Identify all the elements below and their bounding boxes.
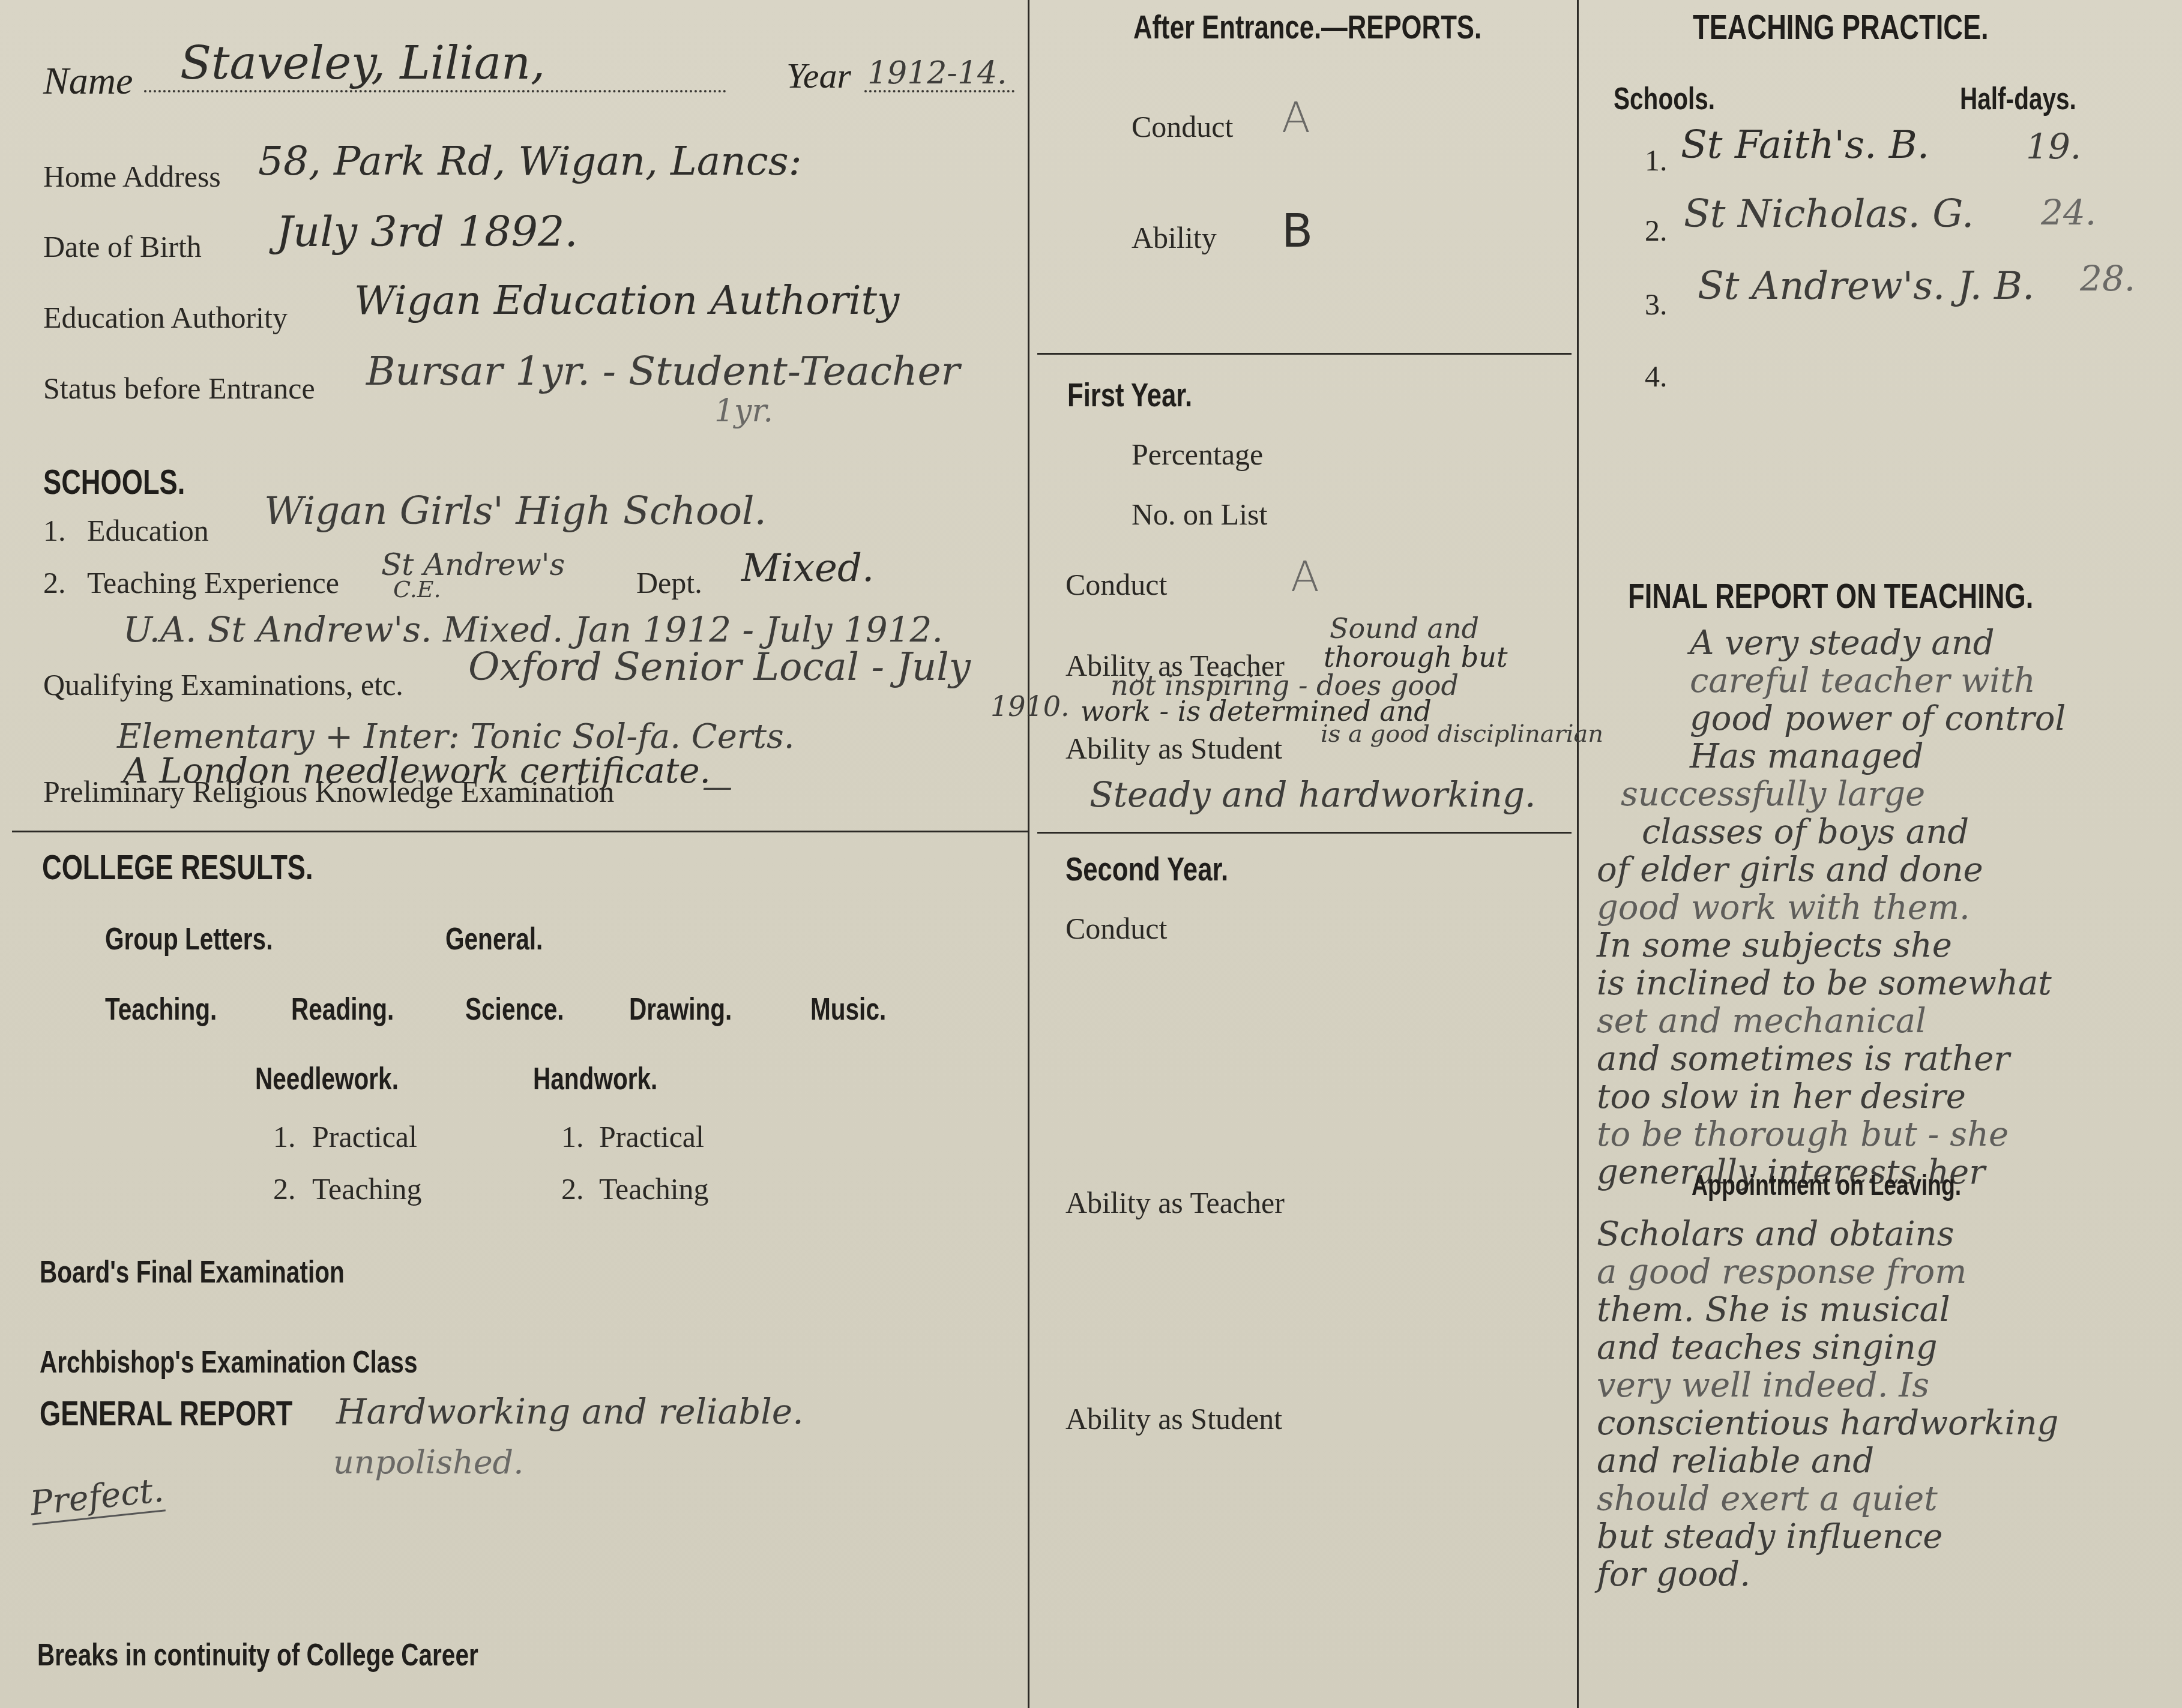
practice-row-num: 1. bbox=[1645, 143, 1668, 178]
practice-row-num: 2. bbox=[1645, 213, 1668, 248]
fy-conduct-label: Conduct bbox=[1065, 567, 1167, 602]
final-report-text: A very steady andcareful teacher withgoo… bbox=[1597, 624, 2173, 1593]
name-value: Staveley, Lilian, bbox=[180, 36, 545, 89]
fy-teacher-value-1: Sound and bbox=[1330, 612, 1479, 645]
needlework-practical: Practical bbox=[312, 1119, 417, 1154]
final-report-line: but steady influence bbox=[1597, 1518, 2173, 1556]
final-report-line: is inclined to be somewhat bbox=[1597, 964, 2173, 1002]
dept-value: Mixed. bbox=[741, 546, 874, 591]
final-report-line: for good. bbox=[1597, 1556, 2173, 1593]
subject-music: Music. bbox=[810, 991, 886, 1027]
student-record-card: Name Staveley, Lilian, Year 1912-14. Hom… bbox=[0, 0, 2182, 1708]
qualifying-label: Qualifying Examinations, etc. bbox=[43, 667, 403, 702]
no-on-list-label: No. on List bbox=[1132, 497, 1267, 532]
status-value: Bursar 1yr. - Student-Teacher bbox=[366, 348, 960, 394]
final-report-heading: FINAL REPORT ON TEACHING. bbox=[1628, 576, 2033, 616]
teaching-experience-sub: C.E. bbox=[393, 576, 441, 603]
halfdays-column-header: Half-days. bbox=[1960, 81, 2076, 117]
general-report-label: GENERAL REPORT bbox=[40, 1394, 292, 1434]
final-report-line: and teaches singing bbox=[1597, 1329, 2173, 1367]
final-report-line: set and mechanical bbox=[1597, 1002, 2173, 1040]
first-year-heading: First Year. bbox=[1067, 375, 1192, 414]
sy-conduct-label: Conduct bbox=[1065, 911, 1167, 946]
sy-teacher-label: Ability as Teacher bbox=[1065, 1185, 1285, 1220]
prefect-note: Prefect. bbox=[28, 1471, 166, 1526]
ua-line: U.A. St Andrew's. Mixed. Jan 1912 - July… bbox=[123, 609, 943, 650]
conduct-label: Conduct bbox=[1132, 109, 1233, 144]
subject-teaching: Teaching. bbox=[105, 991, 217, 1027]
boards-final-label: Board's Final Examination bbox=[40, 1254, 345, 1290]
practice-row-num: 3. bbox=[1645, 287, 1668, 322]
final-report-line: careful teacher with bbox=[1597, 662, 2173, 700]
final-report-line: Has managed bbox=[1597, 738, 2173, 775]
final-report-line: should exert a quiet bbox=[1597, 1480, 2173, 1518]
prelim-religious-value: — bbox=[702, 769, 732, 804]
education-label: Education bbox=[87, 513, 209, 548]
education-number: 1. bbox=[43, 513, 66, 548]
schools-column-header: Schools. bbox=[1614, 81, 1715, 117]
percentage-label: Percentage bbox=[1132, 437, 1263, 472]
column-divider-right bbox=[1577, 0, 1579, 1708]
status-value-cont: 1yr. bbox=[714, 393, 773, 429]
status-label: Status before Entrance bbox=[43, 371, 315, 406]
final-report-line: of elder girls and done bbox=[1597, 851, 2173, 889]
general-report-value: Hardworking and reliable. bbox=[336, 1391, 804, 1432]
middle-rule-2 bbox=[1037, 832, 1572, 834]
final-report-line: In some subjects she bbox=[1597, 927, 2173, 964]
qualifying-year: 1910. bbox=[990, 690, 1070, 723]
final-report-line: classes of boys and bbox=[1597, 813, 2173, 851]
qualifying-value: Oxford Senior Local - July bbox=[468, 645, 971, 690]
practice-row-halfdays: 19. bbox=[2026, 126, 2081, 167]
dob-value: July 3rd 1892. bbox=[276, 207, 578, 256]
fy-conduct-value: A bbox=[1291, 552, 1319, 601]
practice-row-num: 4. bbox=[1645, 359, 1668, 394]
final-report-line: Scholars and obtains bbox=[1597, 1215, 2173, 1253]
prelim-religious-label: Preliminary Religious Knowledge Examinat… bbox=[43, 774, 614, 809]
year-label: Year bbox=[786, 55, 851, 97]
fy-teacher-value-5: is a good disciplinarian bbox=[1321, 720, 1603, 748]
final-report-line: to be thorough but - she bbox=[1597, 1116, 2173, 1153]
left-section-rule bbox=[12, 831, 1028, 832]
final-report-line: a good response from bbox=[1597, 1253, 2173, 1291]
final-report-line: good power of control bbox=[1597, 700, 2173, 738]
teaching-practice-heading: TEACHING PRACTICE. bbox=[1693, 7, 1989, 47]
handwork-teaching-num: 2. bbox=[561, 1171, 584, 1206]
handwork-teaching: Teaching bbox=[599, 1171, 709, 1206]
sy-student-label: Ability as Student bbox=[1065, 1401, 1282, 1436]
final-report-line: too slow in her desire bbox=[1597, 1078, 2173, 1116]
general-report-value-cont: unpolished. bbox=[333, 1443, 523, 1481]
final-report-line: conscientious hardworking bbox=[1597, 1404, 2173, 1442]
college-results-heading: COLLEGE RESULTS. bbox=[42, 847, 313, 888]
subject-reading: Reading. bbox=[291, 991, 394, 1027]
practice-row-school: St Nicholas. G. bbox=[1684, 192, 1974, 236]
fy-teacher-value-2: thorough but bbox=[1324, 641, 1507, 673]
name-label: Name bbox=[43, 59, 133, 103]
needlework-practical-num: 1. bbox=[273, 1119, 296, 1154]
final-report-line: successfully large bbox=[1597, 775, 2173, 813]
general-label: General. bbox=[445, 921, 543, 957]
column-divider-left bbox=[1028, 0, 1029, 1708]
education-value: Wigan Girls' High School. bbox=[264, 489, 767, 534]
practice-row-school: St Faith's. B. bbox=[1681, 123, 1929, 167]
handwork-practical: Practical bbox=[599, 1119, 704, 1154]
fy-student-label: Ability as Student bbox=[1065, 731, 1282, 766]
middle-rule-1 bbox=[1037, 353, 1572, 355]
education-authority-value: Wigan Education Authority bbox=[354, 277, 899, 323]
ability-label: Ability bbox=[1132, 220, 1217, 255]
dob-label: Date of Birth bbox=[43, 229, 202, 264]
schools-heading: SCHOOLS. bbox=[43, 462, 185, 502]
archbishop-label: Archbishop's Examination Class bbox=[40, 1344, 417, 1380]
final-report-line: very well indeed. Is bbox=[1597, 1367, 2173, 1404]
final-report-line: them. She is musical bbox=[1597, 1291, 2173, 1329]
final-report-line: good work with them. bbox=[1597, 889, 2173, 927]
subject-science: Science. bbox=[465, 991, 564, 1027]
fy-student-value: Steady and hardworking. bbox=[1089, 774, 1536, 815]
year-value: 1912-14. bbox=[867, 55, 1007, 91]
subject-drawing: Drawing. bbox=[629, 991, 732, 1027]
handwork-practical-num: 1. bbox=[561, 1119, 584, 1154]
conduct-value: A bbox=[1282, 93, 1310, 142]
breaks-label: Breaks in continuity of College Career bbox=[37, 1637, 478, 1673]
needlework-teaching-num: 2. bbox=[273, 1171, 296, 1206]
ability-value: B bbox=[1282, 204, 1313, 257]
needlework-label: Needlework. bbox=[255, 1061, 399, 1097]
final-report-line: and sometimes is rather bbox=[1597, 1040, 2173, 1078]
teaching-experience-label: Teaching Experience bbox=[87, 565, 339, 600]
appointment-label: Appointment on Leaving. bbox=[1692, 1169, 1961, 1202]
teaching-experience-number: 2. bbox=[43, 565, 66, 600]
practice-row-halfdays: 24. bbox=[2041, 192, 2096, 233]
home-address-value: 58, Park Rd, Wigan, Lancs: bbox=[258, 138, 802, 184]
education-authority-label: Education Authority bbox=[43, 300, 288, 335]
final-report-line: A very steady and bbox=[1597, 624, 2173, 662]
needlework-teaching: Teaching bbox=[312, 1171, 422, 1206]
final-report-line: and reliable and bbox=[1597, 1442, 2173, 1480]
handwork-label: Handwork. bbox=[533, 1061, 657, 1097]
practice-row-halfdays: 28. bbox=[2080, 258, 2135, 299]
after-entrance-heading: After Entrance.—REPORTS. bbox=[1133, 7, 1481, 46]
home-address-label: Home Address bbox=[43, 159, 221, 194]
dept-label: Dept. bbox=[636, 565, 702, 600]
practice-row-school: St Andrew's. J. B. bbox=[1698, 264, 2034, 308]
second-year-heading: Second Year. bbox=[1065, 849, 1228, 888]
name-underline bbox=[144, 90, 726, 92]
group-letters-label: Group Letters. bbox=[105, 921, 273, 957]
